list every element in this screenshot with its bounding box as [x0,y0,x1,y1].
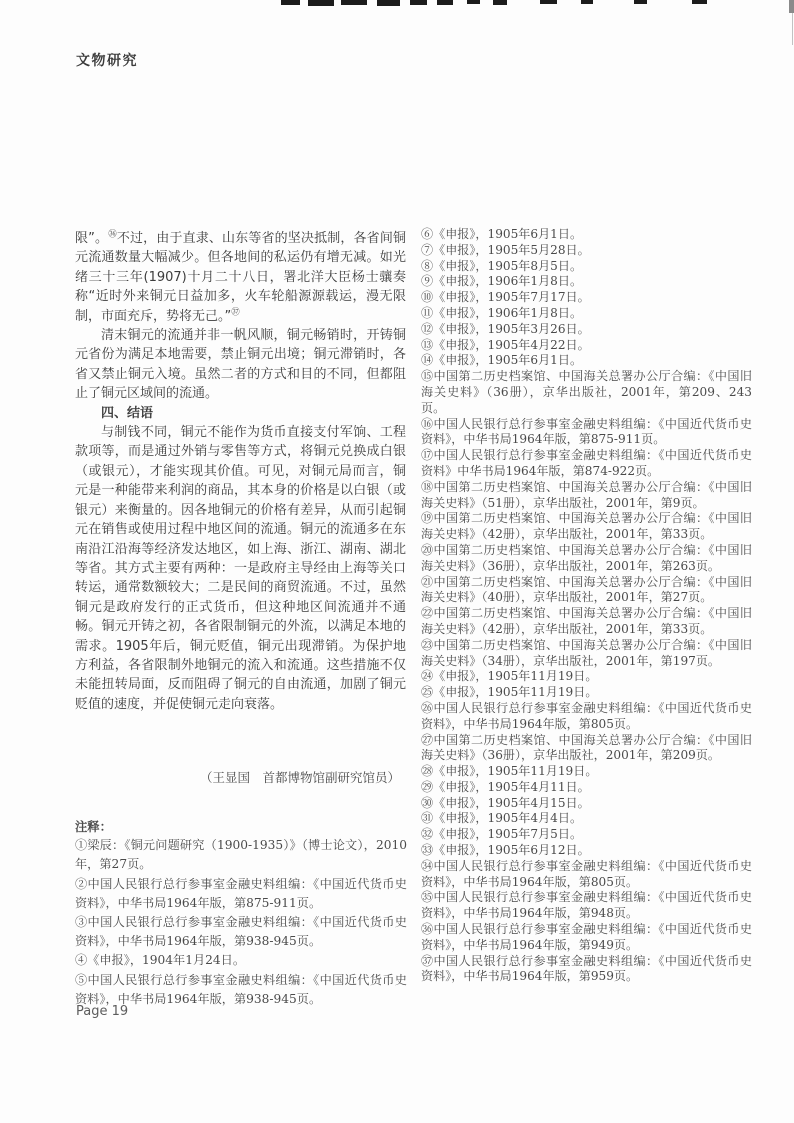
notes-label: 注释： [75,817,407,836]
note-item: ④《申报》，1904年1月24日。 [75,951,407,970]
scan-artifact [467,0,480,4]
note-item: ㉖中国人民银行总行参事室金融史料组编：《中国近代货币史资料》，中华书局1964年… [421,701,752,733]
note-item: ⑭《申报》，1905年6月1日。 [421,353,752,369]
paragraph-text: 不过，由于直隶、山东等省的坚决抵制，各省间铜元流通数量大幅减少。但各地间的私运仍… [75,231,406,324]
note-item: ⑬《申报》，1905年4月22日。 [421,338,752,354]
scan-artifact [410,0,427,5]
note-item: ㉟中国人民银行总行参事室金融史料组编：《中国近代货币史资料》，中华书局1964年… [421,890,752,922]
journal-title: 文物研究 [76,50,138,70]
note-item: ⑫《申报》，1905年3月26日。 [421,322,752,338]
note-item: ⑩《申报》，1905年7月17日。 [421,290,752,306]
note-item: ⑦《申报》，1905年5月28日。 [421,243,752,259]
note-item: ㊱中国人民银行总行参事室金融史料组编：《中国近代货币史资料》，中华书局1964年… [421,922,752,954]
note-item: ㉔《申报》，1905年11月19日。 [421,669,752,685]
note-item: ㉙《申报》，1905年4月11日。 [421,780,752,796]
note-item: ㉓中国第二历史档案馆、中国海关总署办公厅合编：《中国旧海关史料》（34册），京华… [421,638,752,670]
note-item: ⑮中国第二历史档案馆、中国海关总署办公厅合编：《中国旧海关史料》（36册），京华… [421,369,752,416]
footnote-ref-37: ㊲ [231,307,240,317]
note-item: ㉑中国第二历史档案馆、中国海关总署办公厅合编：《中国旧海关史料》（40册），京华… [421,575,752,607]
article-body-column: 限”。㊱不过，由于直隶、山东等省的坚决抵制，各省间铜元流通数量大幅减少。但各地间… [75,229,406,786]
scan-artifact [692,0,707,4]
note-item: ①梁辰：《铜元问题研究（1900-1935）》（博士论文），2010年，第27页… [75,836,407,874]
footnote-ref-36: ㊱ [108,230,117,240]
section-heading: 四、结语 [75,404,406,423]
scan-artifact [341,0,367,5]
body-paragraph: 与制钱不同，铜元不能作为货币直接支付军饷、工程款项等，而是通过外销与零售等方式，… [75,423,406,714]
note-item: ㉜《申报》，1905年7月5日。 [421,827,752,843]
note-item: ㉗中国第二历史档案馆、中国海关总署办公厅合编：《中国旧海关史料》（36册），京华… [421,733,752,765]
note-item: ⑪《申报》，1906年1月8日。 [421,306,752,322]
body-paragraph: 清末铜元的流通并非一帆风顺，铜元畅销时，开铸铜元省份为满足本地需要，禁止铜元出境… [75,326,406,404]
note-item: ⑨《申报》，1906年1月8日。 [421,274,752,290]
scan-artifact [792,13,793,45]
scan-artifact [540,0,557,4]
scan-artifact [281,0,300,5]
note-item: ㊲中国人民银行总行参事室金融史料组编：《中国近代货币史资料》，中华书局1964年… [421,954,752,986]
note-item: ⑲中国第二历史档案馆、中国海关总署办公厅合编：《中国旧海关史料》（42册），京华… [421,511,752,543]
note-item: ③中国人民银行总行参事室金融史料组编：《中国近代货币史资料》，中华书局1964年… [75,913,407,951]
scan-artifact [377,0,400,6]
scan-artifact [789,0,794,13]
notes-section-left: 注释： ①梁辰：《铜元问题研究（1900-1935）》（博士论文），2010年，… [75,817,407,1009]
body-paragraph-continuation: 限”。㊱不过，由于直隶、山东等省的坚决抵制，各省间铜元流通数量大幅减少。但各地间… [75,229,406,326]
notes-list-left: ①梁辰：《铜元问题研究（1900-1935）》（博士论文），2010年，第27页… [75,836,407,1009]
note-item: ㉚《申报》，1905年4月15日。 [421,796,752,812]
note-item: ⑧《申报》，1905年8月5日。 [421,259,752,275]
note-item: ㉘《申报》，1905年11月19日。 [421,764,752,780]
note-item: ②中国人民银行总行参事室金融史料组编：《中国近代货币史资料》，中华书局1964年… [75,875,407,913]
note-item: ⑯中国人民银行总行参事室金融史料组编：《中国近代货币史资料》，中华书局1964年… [421,417,752,449]
note-item: ⑳中国第二历史档案馆、中国海关总署办公厅合编：《中国旧海关史料》（36册），京华… [421,543,752,575]
note-item: ⑱中国第二历史档案馆、中国海关总署办公厅合编：《中国旧海关史料》（51册），京华… [421,480,752,512]
note-item: ㉕《申报》，1905年11月19日。 [421,685,752,701]
note-item: ㉛《申报》，1905年4月4日。 [421,811,752,827]
scan-artifact [634,0,647,4]
scan-artifact [493,0,507,5]
paragraph-text: 限”。 [75,231,108,246]
document-page: 文物研究 限”。㊱不过，由于直隶、山东等省的坚决抵制，各省间铜元流通数量大幅减少… [0,0,794,1123]
page-number: Page 19 [76,1004,128,1019]
note-item: ⑰中国人民银行总行参事室金融史料组编：《中国近代货币史资料》中华书局1964年版… [421,448,752,480]
note-item: ㉝《申报》，1905年6月12日。 [421,843,752,859]
note-item: ㉞中国人民银行总行参事室金融史料组编：《中国近代货币史资料》，中华书局1964年… [421,859,752,891]
note-item: ⑥《申报》，1905年6月1日。 [421,227,752,243]
notes-column-right: ⑥《申报》，1905年6月1日。⑦《申报》，1905年5月28日。⑧《申报》，1… [421,227,752,985]
scan-artifact [308,0,334,6]
scan-artifact [581,0,593,4]
note-item: ㉒中国第二历史档案馆、中国海关总署办公厅合编：《中国旧海关史料》（42册），京华… [421,606,752,638]
author-affiliation: （王显国 首都博物馆副研究馆员） [75,768,406,786]
scan-artifact [437,0,453,5]
